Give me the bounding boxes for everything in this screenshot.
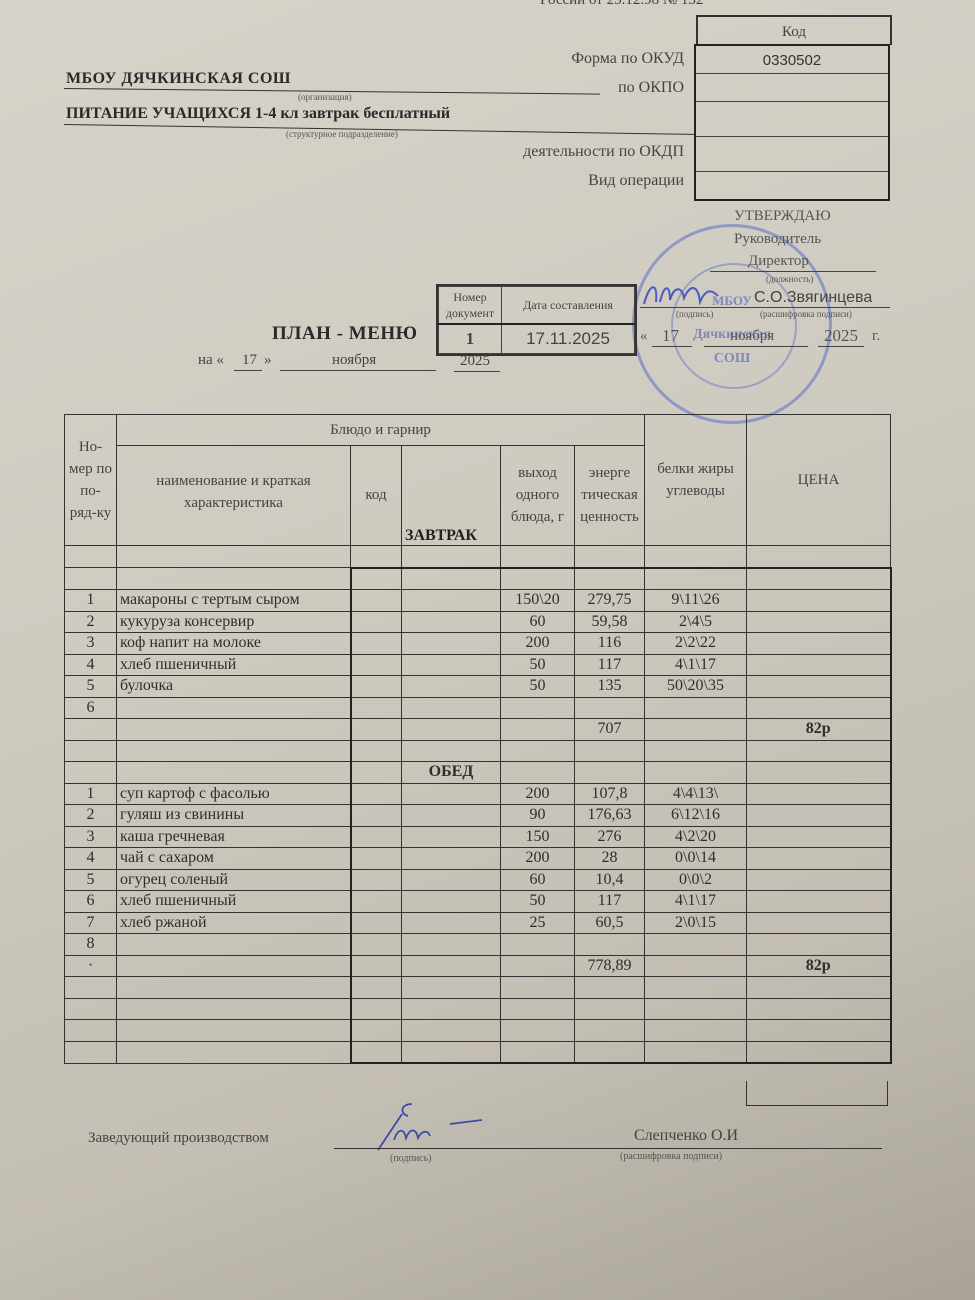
- dish-energy: 59,58: [575, 611, 645, 633]
- dish-name: [117, 697, 351, 719]
- dish-price: [747, 654, 891, 676]
- section-breakfast: ЗАВТРАК: [402, 445, 501, 545]
- operation-code: [696, 172, 888, 199]
- table-row: 1макароны с тертым сыром150\20279,759\11…: [65, 590, 891, 612]
- code-column-title: Код: [698, 17, 890, 45]
- manager-signature: [372, 1100, 492, 1152]
- dish-name: хлеб пшеничный: [117, 891, 351, 913]
- row-number: 8: [65, 934, 117, 956]
- dish-code: [351, 676, 402, 698]
- dish-nutrients: 4\4\13\: [645, 783, 747, 805]
- col-yield-header: выход одного блюда, г: [501, 445, 575, 545]
- table-row: 4хлеб пшеничный501174\1\17: [65, 654, 891, 676]
- page-title: ПЛАН - МЕНЮ: [272, 323, 418, 345]
- doc-number-header: Номер документ: [439, 287, 502, 325]
- menu-month-underline: [280, 370, 436, 371]
- dish-nutrients: 4\1\17: [645, 891, 747, 913]
- breakfast-rows: 1макароны с тертым сыром150\20279,759\11…: [65, 590, 891, 719]
- dish-price: [747, 611, 891, 633]
- dish-code: [351, 826, 402, 848]
- dish-name: каша гречневая: [117, 826, 351, 848]
- table-row: 2кукуруза консервир6059,582\4\5: [65, 611, 891, 633]
- col-nutrients-header: белки жиры углеводы: [645, 415, 747, 546]
- okud-label: Форма по ОКУД: [404, 50, 684, 68]
- lunch-rows: 1суп картоф с фасолью200107,84\4\13\2гул…: [65, 783, 891, 955]
- row-number: 6: [65, 891, 117, 913]
- menu-for-mid: »: [264, 352, 272, 369]
- dish-name: хлеб ржаной: [117, 912, 351, 934]
- dish-code: [351, 654, 402, 676]
- dish-energy: [575, 697, 645, 719]
- breakfast-total-price: 82р: [747, 719, 891, 741]
- dish-energy: 117: [575, 654, 645, 676]
- director-signature: [640, 276, 720, 310]
- position-caption: (должность): [766, 274, 813, 284]
- table-row: 5булочка5013550\20\35: [65, 676, 891, 698]
- document-info-box: Номер документ Дата составления 1 17.11.…: [436, 284, 637, 356]
- menu-for-prefix: на «: [198, 352, 224, 369]
- blank-cell: [402, 826, 501, 848]
- dish-yield: [501, 934, 575, 956]
- dish-price: [747, 848, 891, 870]
- department-caption: (структурное подразделение): [286, 129, 398, 139]
- blank-cell: [402, 697, 501, 719]
- dish-name: чай с сахаром: [117, 848, 351, 870]
- dish-price: [747, 783, 891, 805]
- dish-price: [747, 697, 891, 719]
- blank-cell: [402, 590, 501, 612]
- approval-month: ноября: [730, 328, 774, 345]
- menu-year-underline: [454, 371, 500, 372]
- table-row: 5 огурец соленый6010,40\0\2: [65, 869, 891, 891]
- row-number: 4: [65, 654, 117, 676]
- dish-code: [351, 912, 402, 934]
- col-name-header: наименование и краткая характеристика: [117, 445, 351, 545]
- doc-date: 17.11.2025: [502, 324, 635, 354]
- position-underline: [710, 271, 876, 272]
- table-row: 6: [65, 697, 891, 719]
- department-name: ПИТАНИЕ УЧАЩИХСЯ 1-4 кл завтрак бесплатн…: [66, 105, 450, 123]
- breakfast-total-energy: 707: [575, 719, 645, 741]
- dish-energy: [575, 934, 645, 956]
- row-number: 4: [65, 848, 117, 870]
- dish-energy: 116: [575, 633, 645, 655]
- okdp-code: [696, 137, 888, 172]
- menu-for-day: 17: [242, 352, 257, 369]
- dish-nutrients: 4\2\20: [645, 826, 747, 848]
- dish-price: [747, 912, 891, 934]
- dish-yield: [501, 697, 575, 719]
- approval-year-suffix: г.: [872, 328, 880, 345]
- approval-signature-line: [640, 307, 890, 308]
- blank-cell: [402, 934, 501, 956]
- footer-role: Заведующий производством: [88, 1130, 269, 1147]
- dish-name: макароны с тертым сыром: [117, 590, 351, 612]
- blank-code: [696, 102, 888, 137]
- footer-signature-caption: (подпись): [390, 1153, 432, 1164]
- dish-nutrients: 4\1\17: [645, 654, 747, 676]
- blank-cell: [402, 633, 501, 655]
- blank-cell: [402, 869, 501, 891]
- dish-price: [747, 633, 891, 655]
- okpo-label: по ОКПО: [404, 79, 684, 97]
- blank-cell: [402, 676, 501, 698]
- dish-code: [351, 611, 402, 633]
- row-number: 6: [65, 697, 117, 719]
- dish-yield: 50: [501, 654, 575, 676]
- dish-price: [747, 869, 891, 891]
- row-number: 3: [65, 633, 117, 655]
- dish-code: [351, 805, 402, 827]
- dish-name: гуляш из свинины: [117, 805, 351, 827]
- section-lunch: ОБЕД: [402, 762, 501, 784]
- approval-year-underline: [818, 346, 864, 347]
- lunch-total-price: 82р: [747, 955, 891, 977]
- dish-code: [351, 590, 402, 612]
- dish-price: [747, 676, 891, 698]
- dish-nutrients: 6\12\16: [645, 805, 747, 827]
- dish-code: [351, 891, 402, 913]
- row-number: 3: [65, 826, 117, 848]
- dish-yield: 50: [501, 891, 575, 913]
- table-row: 7хлеб ржаной2560,52\0\15: [65, 912, 891, 934]
- organization-name: МБОУ ДЯЧКИНСКАЯ СОШ: [66, 70, 291, 88]
- dish-name: огурец соленый: [117, 869, 351, 891]
- approval-day-underline: [652, 346, 692, 347]
- dish-energy: 28: [575, 848, 645, 870]
- dish-nutrients: 9\11\26: [645, 590, 747, 612]
- blank-cell: [402, 912, 501, 934]
- approval-name-caption: (расшифровка подписи): [760, 309, 852, 319]
- dish-name: хлеб пшеничный: [117, 654, 351, 676]
- row-number: 5: [65, 676, 117, 698]
- col-dish-group-header: Блюдо и гарнир: [117, 415, 645, 446]
- table-row: 6хлеб пшеничный501174\1\17: [65, 891, 891, 913]
- approval-year: 2025: [824, 326, 858, 346]
- dish-nutrients: 2\4\5: [645, 611, 747, 633]
- okud-code: 0330502: [696, 46, 888, 74]
- approval-role: Руководитель: [734, 231, 821, 248]
- dish-yield: 60: [501, 611, 575, 633]
- menu-for-year: 2025: [460, 353, 490, 370]
- dish-yield: 200: [501, 783, 575, 805]
- dish-name: суп картоф с фасолью: [117, 783, 351, 805]
- table-row: 3коф напит на молоке2001162\2\22: [65, 633, 891, 655]
- approval-title: УТВЕРЖДАЮ: [734, 208, 831, 225]
- dish-price: [747, 805, 891, 827]
- menu-for-month: ноября: [332, 352, 376, 369]
- dish-energy: 60,5: [575, 912, 645, 934]
- approval-month-underline: [704, 346, 808, 347]
- stamp-line-3: СОШ: [635, 351, 829, 367]
- lunch-total-mark: ·: [65, 955, 117, 977]
- row-number: 2: [65, 805, 117, 827]
- row-number: 1: [65, 590, 117, 612]
- approval-day: 17: [662, 326, 679, 346]
- dish-nutrients: 0\0\14: [645, 848, 747, 870]
- dish-nutrients: 50\20\35: [645, 676, 747, 698]
- dish-code: [351, 934, 402, 956]
- dish-yield: 25: [501, 912, 575, 934]
- dish-name: [117, 934, 351, 956]
- dish-energy: 276: [575, 826, 645, 848]
- row-number: 1: [65, 783, 117, 805]
- dish-energy: 117: [575, 891, 645, 913]
- approval-date-prefix: «: [640, 328, 648, 345]
- dish-code: [351, 848, 402, 870]
- blank-cell: [402, 891, 501, 913]
- col-price-header: ЦЕНА: [747, 415, 891, 546]
- dish-price: [747, 590, 891, 612]
- col-code-header: код: [351, 445, 402, 545]
- approval-position: Директор: [748, 253, 809, 270]
- dish-nutrients: 2\0\15: [645, 912, 747, 934]
- dish-energy: 279,75: [575, 590, 645, 612]
- table-row: 3каша гречневая1502764\2\20: [65, 826, 891, 848]
- dish-nutrients: 2\2\22: [645, 633, 747, 655]
- blank-cell: [402, 848, 501, 870]
- blank-cell: [402, 654, 501, 676]
- legal-reference: России от 25.12.98 № 132: [540, 0, 703, 9]
- dish-price: [747, 826, 891, 848]
- dish-yield: 150\20: [501, 590, 575, 612]
- dish-name: кукуруза консервир: [117, 611, 351, 633]
- blank-cell: [402, 783, 501, 805]
- operation-type-label: Вид операции: [404, 172, 684, 190]
- lunch-total-energy: 778,89: [575, 955, 645, 977]
- dish-yield: 50: [501, 676, 575, 698]
- row-number: 7: [65, 912, 117, 934]
- doc-number: 1: [439, 324, 502, 354]
- extra-total-box: [746, 1081, 888, 1106]
- table-row: 2гуляш из свинины90176,636\12\16: [65, 805, 891, 827]
- dish-nutrients: [645, 934, 747, 956]
- okpo-code: [696, 74, 888, 102]
- dish-nutrients: 0\0\2: [645, 869, 747, 891]
- blank-cell: [402, 611, 501, 633]
- col-number-header: Но-мер по по-ряд-ку: [65, 415, 117, 546]
- dish-name: булочка: [117, 676, 351, 698]
- col-energy-header: энерге тическая ценность: [575, 445, 645, 545]
- dish-energy: 107,8: [575, 783, 645, 805]
- table-row: 8: [65, 934, 891, 956]
- dish-energy: 176,63: [575, 805, 645, 827]
- menu-day-underline: [234, 370, 262, 371]
- row-number: 2: [65, 611, 117, 633]
- table-row: 1суп картоф с фасолью200107,84\4\13\: [65, 783, 891, 805]
- dish-price: [747, 934, 891, 956]
- dish-energy: 135: [575, 676, 645, 698]
- row-number: 5: [65, 869, 117, 891]
- dish-yield: 60: [501, 869, 575, 891]
- dish-price: [747, 891, 891, 913]
- table-row: 4чай с сахаром200280\0\14: [65, 848, 891, 870]
- dish-yield: 200: [501, 848, 575, 870]
- dish-name: коф напит на молоке: [117, 633, 351, 655]
- doc-date-header: Дата составления: [502, 287, 635, 325]
- dish-energy: 10,4: [575, 869, 645, 891]
- code-grid: 0330502: [694, 44, 890, 201]
- menu-table: Но-мер по по-ряд-ку Блюдо и гарнир белки…: [64, 414, 892, 1064]
- dish-code: [351, 697, 402, 719]
- approval-name: С.О.Звягинцева: [754, 289, 872, 307]
- organization-caption: (организация): [298, 92, 352, 102]
- dish-nutrients: [645, 697, 747, 719]
- lunch-total-row: · 778,89 82р: [65, 955, 891, 977]
- dish-yield: 150: [501, 826, 575, 848]
- footer-name-caption: (расшифровка подписи): [620, 1151, 722, 1162]
- blank-cell: [402, 805, 501, 827]
- dish-code: [351, 869, 402, 891]
- dish-yield: 90: [501, 805, 575, 827]
- approval-signature-caption: (подпись): [676, 309, 713, 319]
- dish-code: [351, 783, 402, 805]
- breakfast-total-row: 707 82р: [65, 719, 891, 741]
- dish-yield: 200: [501, 633, 575, 655]
- code-box-header: Код: [696, 15, 892, 45]
- okdp-label: деятельности по ОКДП: [404, 143, 684, 161]
- footer-signature-line: [334, 1148, 882, 1149]
- dish-code: [351, 633, 402, 655]
- footer-name: Слепченко О.И: [634, 1127, 738, 1145]
